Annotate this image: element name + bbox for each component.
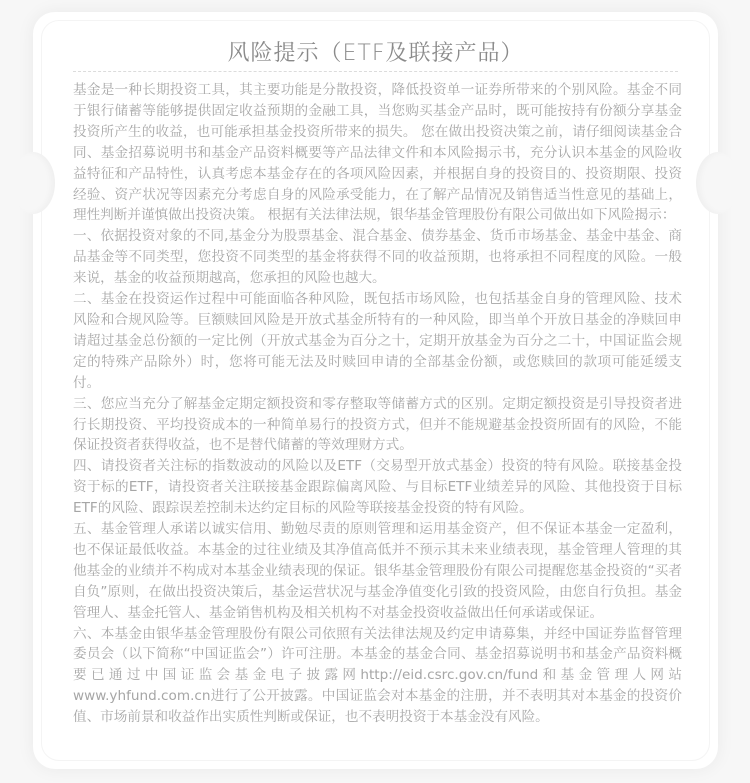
disclosure-item-2: 二、基金在投资运作过程中可能面临各种风险，既包括市场风险，也包括基金自身的管理风… [73,289,682,394]
disclosure-item-5: 五、基金管理人承诺以诚实信用、勤勉尽责的原则管理和运用基金资产，但不保证本基金一… [73,519,682,624]
disclosure-item-3: 三、您应当充分了解基金定期定额投资和零存整取等储蓄方式的区别。定期定额投资是引导… [73,394,682,457]
disclosure-item-4: 四、请投资者关注标的指数波动的风险以及ETF（交易型开放式基金）投资的特有风险。… [73,456,682,519]
disclosure-intro: 基金是一种长期投资工具，其主要功能是分散投资，降低投资单一证券所带来的个别风险。… [73,80,682,226]
card-notch-left [11,152,55,214]
disclosure-body: 基金是一种长期投资工具，其主要功能是分散投资，降低投资单一证券所带来的个别风险。… [73,80,682,728]
disclosure-item-6: 六、本基金由银华基金管理股份有限公司依照有关法律法规及约定申请募集，并经中国证券… [73,624,682,729]
disclosure-item-1: 一、依据投资对象的不同,基金分为股票基金、混合基金、债券基金、货币市场基金、基金… [73,226,682,289]
page-background: 风险提示（ETF及联接产品） 基金是一种长期投资工具，其主要功能是分散投资，降低… [0,0,750,783]
title-divider [73,71,678,72]
card-notch-right [696,152,740,214]
risk-disclosure-card: 风险提示（ETF及联接产品） 基金是一种长期投资工具，其主要功能是分散投资，降低… [33,12,718,769]
page-title: 风险提示（ETF及联接产品） [33,36,718,67]
